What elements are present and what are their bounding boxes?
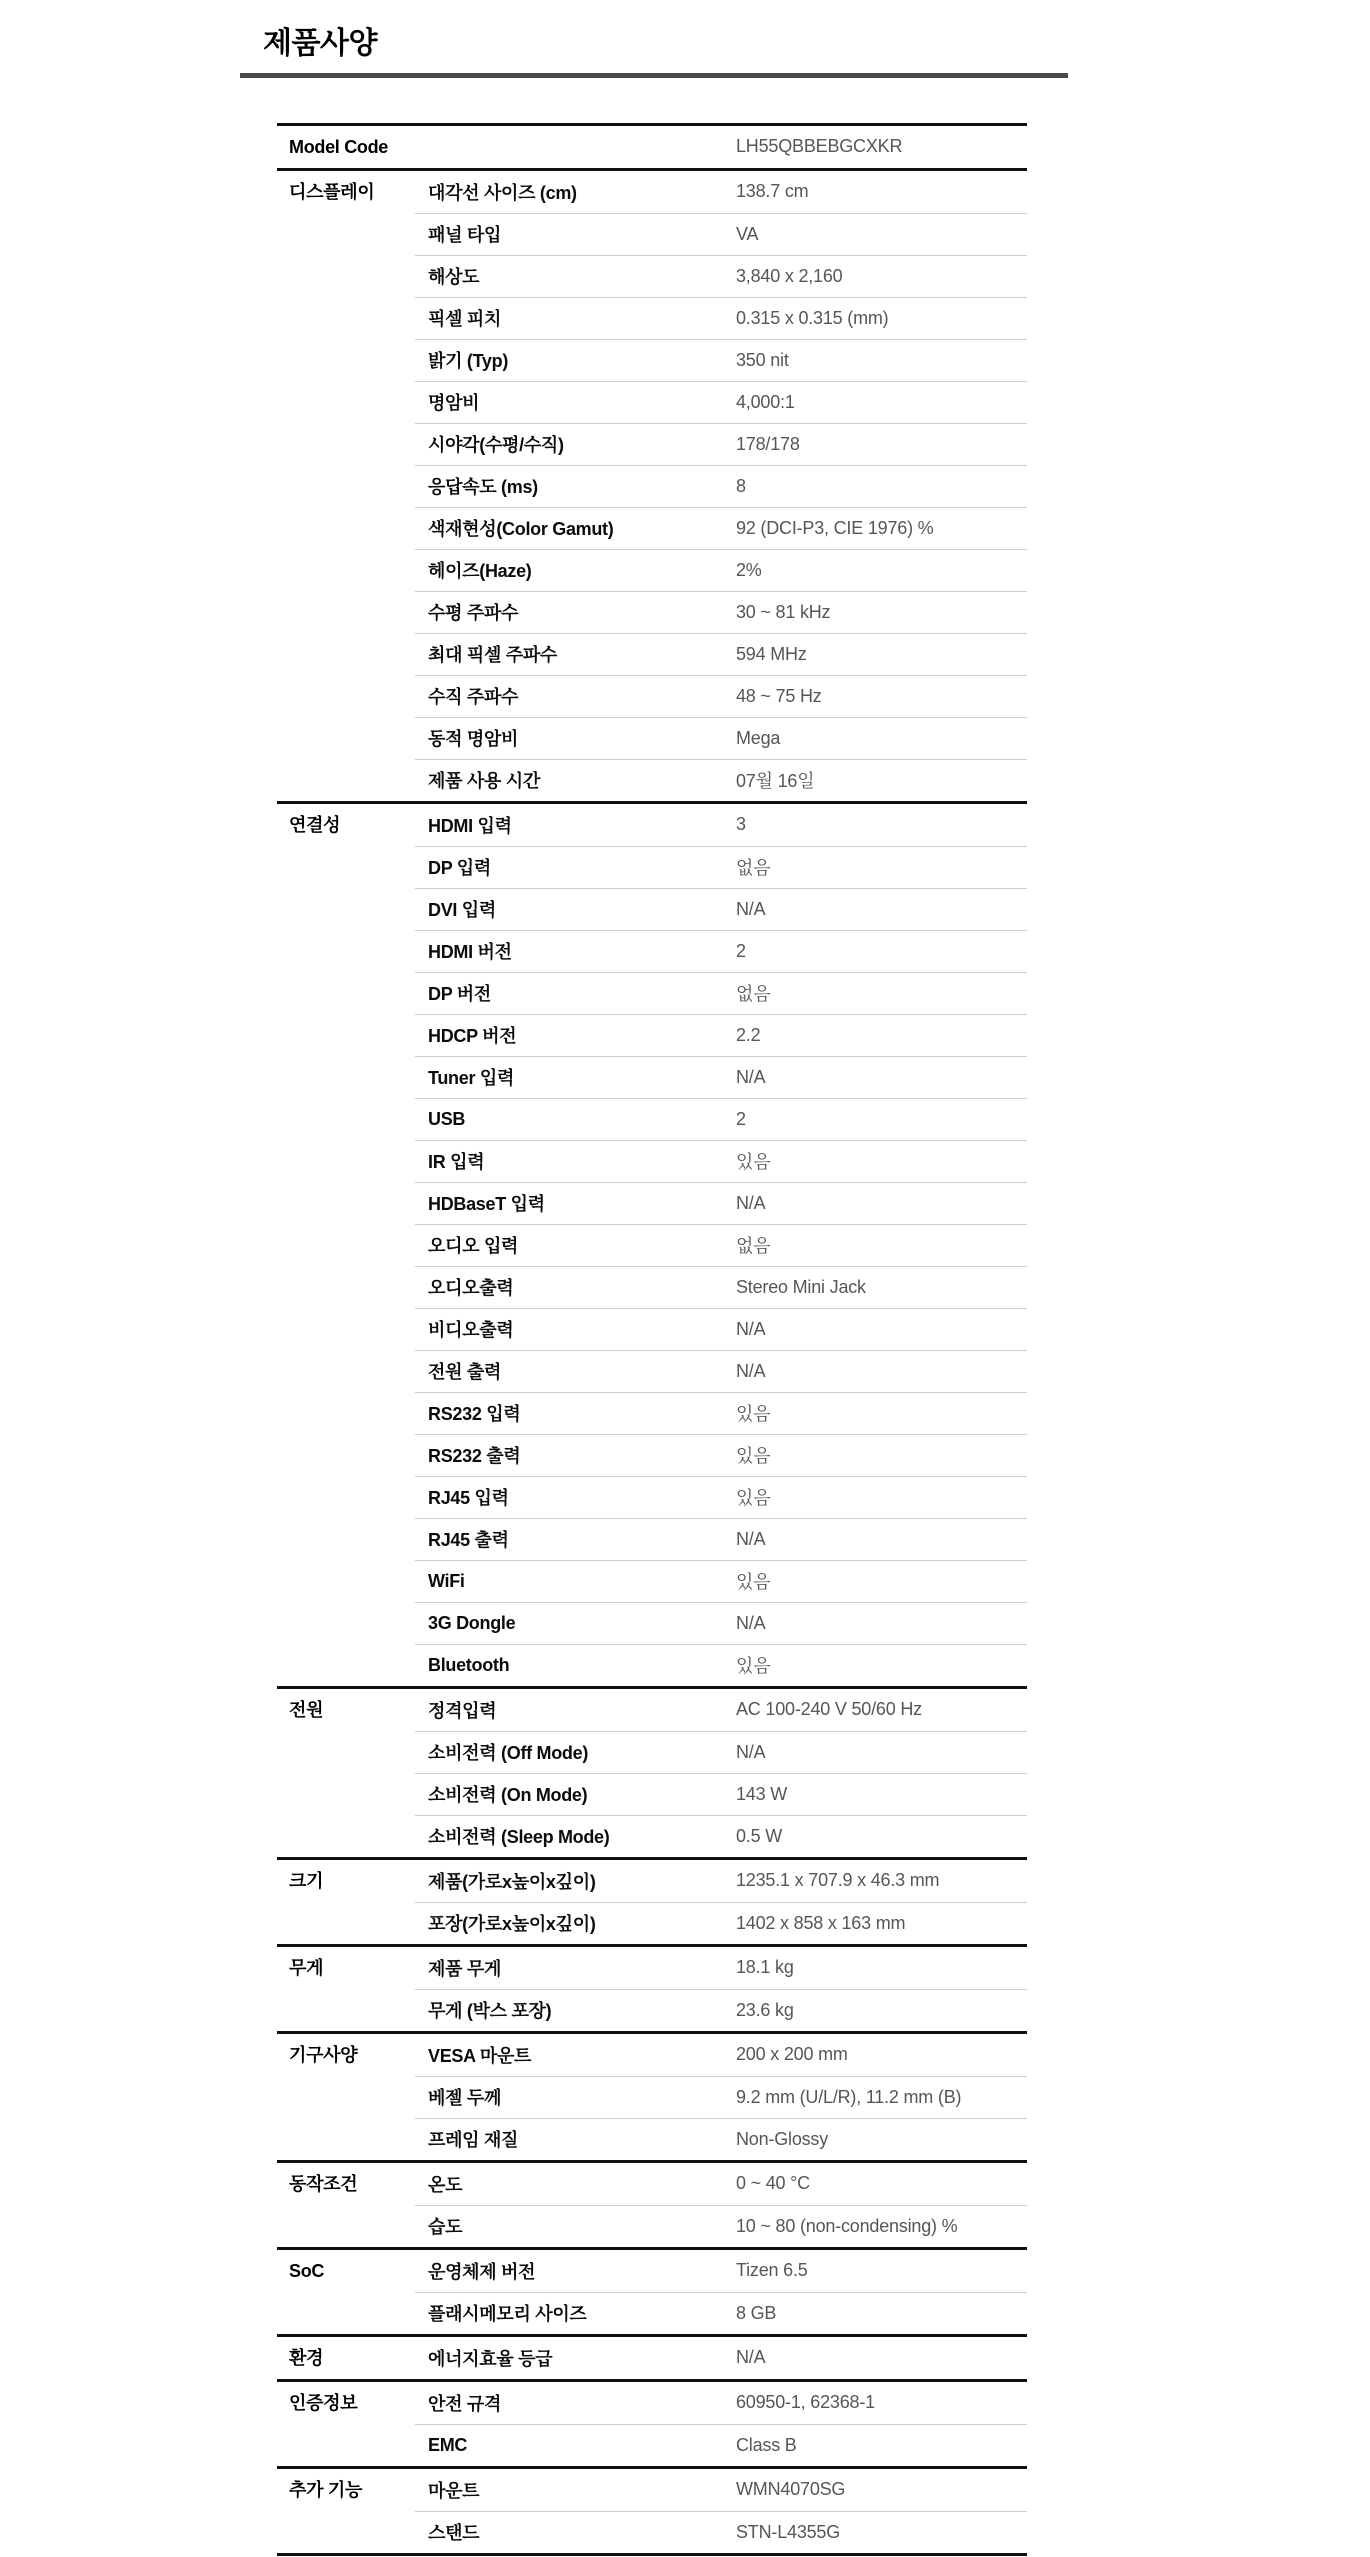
spec-value: 2 — [736, 1109, 1027, 1130]
spec-label: 색재현성(Color Gamut) — [415, 515, 736, 541]
spec-label: HDCP 버전 — [415, 1022, 736, 1048]
spec-row: 에너지효율 등급 N/A — [415, 2337, 1027, 2379]
spec-row: 소비전력 (Sleep Mode) 0.5 W — [415, 1815, 1027, 1857]
spec-value: 92 (DCI-P3, CIE 1976) % — [736, 518, 1027, 539]
section-group-column: Model Code — [277, 126, 415, 168]
spec-label: RS232 출력 — [415, 1442, 736, 1468]
spec-row: 색재현성(Color Gamut) 92 (DCI-P3, CIE 1976) … — [415, 507, 1027, 549]
spec-label: 3G Dongle — [415, 1613, 736, 1634]
spec-label: 포장(가로x높이x깊이) — [415, 1910, 736, 1936]
spec-label: Tuner 입력 — [415, 1064, 736, 1090]
spec-value: N/A — [736, 1742, 1027, 1763]
spec-label: 에너지효율 등급 — [415, 2345, 736, 2371]
section-group-column: 기구사양 — [277, 2034, 415, 2160]
spec-row: 패널 타입 VA — [415, 213, 1027, 255]
spec-value: 1235.1 x 707.9 x 46.3 mm — [736, 1870, 1027, 1891]
spec-value: 18.1 kg — [736, 1957, 1027, 1978]
spec-row: DVI 입력 N/A — [415, 888, 1027, 930]
spec-label: 응답속도 (ms) — [415, 473, 736, 499]
spec-row: 안전 규격 60950-1, 62368-1 — [415, 2382, 1027, 2424]
spec-row: 소비전력 (On Mode) 143 W — [415, 1773, 1027, 1815]
spec-value: 있음 — [736, 1442, 1027, 1468]
spec-label: 제품 사용 시간 — [415, 767, 736, 793]
spec-value: 10 ~ 80 (non-condensing) % — [736, 2216, 1027, 2237]
spec-value: 23.6 kg — [736, 2000, 1027, 2021]
section-group-column: 무게 — [277, 1947, 415, 2031]
spec-row: 무게 (박스 포장) 23.6 kg — [415, 1989, 1027, 2031]
spec-value: N/A — [736, 1361, 1027, 1382]
spec-value: 48 ~ 75 Hz — [736, 686, 1027, 707]
section-group-column: 환경 — [277, 2337, 415, 2379]
spec-row: 대각선 사이즈 (cm) 138.7 cm — [415, 171, 1027, 213]
spec-section: 연결성 HDMI 입력 3 DP 입력 없음 DVI 입력 N/A HDMI 버… — [277, 804, 1027, 1689]
spec-label: 프레임 재질 — [415, 2126, 736, 2152]
spec-value: 143 W — [736, 1784, 1027, 1805]
spec-label: 무게 (박스 포장) — [415, 1997, 736, 2023]
spec-row: 플래시메모리 사이즈 8 GB — [415, 2292, 1027, 2334]
spec-value: 0.315 x 0.315 (mm) — [736, 308, 1027, 329]
spec-label: 수직 주파수 — [415, 683, 736, 709]
spec-label: USB — [415, 1109, 736, 1130]
spec-row: DP 버전 없음 — [415, 972, 1027, 1014]
spec-value: 3 — [736, 814, 1027, 835]
spec-row: 응답속도 (ms) 8 — [415, 465, 1027, 507]
spec-row: 전원 출력 N/A — [415, 1350, 1027, 1392]
spec-value: VA — [736, 224, 1027, 245]
spec-section: 크기 제품(가로x높이x깊이) 1235.1 x 707.9 x 46.3 mm… — [277, 1860, 1027, 1947]
spec-row: 동적 명암비 Mega — [415, 717, 1027, 759]
spec-value: Mega — [736, 728, 1027, 749]
spec-value: 4,000:1 — [736, 392, 1027, 413]
spec-value: Stereo Mini Jack — [736, 1277, 1027, 1298]
section-group-label: 무게 — [289, 1947, 415, 1989]
spec-section: 인증정보 안전 규격 60950-1, 62368-1 EMC Class B — [277, 2382, 1027, 2469]
spec-value: N/A — [736, 1193, 1027, 1214]
spec-value: 8 GB — [736, 2303, 1027, 2324]
spec-label: RS232 입력 — [415, 1400, 736, 1426]
spec-label: 시야각(수평/수직) — [415, 431, 736, 457]
spec-row: 온도 0 ~ 40 °C — [415, 2163, 1027, 2205]
spec-row: 수평 주파수 30 ~ 81 kHz — [415, 591, 1027, 633]
section-group-label: 추가 기능 — [289, 2469, 415, 2511]
section-group-column: 연결성 — [277, 804, 415, 1686]
spec-value: 있음 — [736, 1148, 1027, 1174]
section-rows: VESA 마운트 200 x 200 mm 베젤 두께 9.2 mm (U/L/… — [415, 2034, 1027, 2160]
spec-label: 안전 규격 — [415, 2390, 736, 2416]
spec-label: VESA 마운트 — [415, 2042, 736, 2068]
spec-value: STN-L4355G — [736, 2522, 1027, 2543]
spec-row: 제품 사용 시간 07월 16일 — [415, 759, 1027, 801]
section-group-label: 연결성 — [289, 804, 415, 846]
spec-label: HDMI 입력 — [415, 812, 736, 838]
section-group-column: 디스플레이 — [277, 171, 415, 801]
spec-label: 소비전력 (Off Mode) — [415, 1739, 736, 1765]
spec-label: 정격입력 — [415, 1697, 736, 1723]
spec-value: 없음 — [736, 854, 1027, 880]
spec-row: 시야각(수평/수직) 178/178 — [415, 423, 1027, 465]
section-group-label: Model Code — [289, 126, 415, 168]
spec-label: 밝기 (Typ) — [415, 347, 736, 373]
spec-label: 수평 주파수 — [415, 599, 736, 625]
spec-value: 8 — [736, 476, 1027, 497]
spec-row: 오디오 입력 없음 — [415, 1224, 1027, 1266]
spec-row: 소비전력 (Off Mode) N/A — [415, 1731, 1027, 1773]
spec-value: 1402 x 858 x 163 mm — [736, 1913, 1027, 1934]
spec-label: HDMI 버전 — [415, 938, 736, 964]
spec-row: Bluetooth 있음 — [415, 1644, 1027, 1686]
spec-section: 전원 정격입력 AC 100-240 V 50/60 Hz 소비전력 (Off … — [277, 1689, 1027, 1860]
spec-value: 없음 — [736, 1232, 1027, 1258]
spec-row: 명암비 4,000:1 — [415, 381, 1027, 423]
spec-section: 무게 제품 무게 18.1 kg 무게 (박스 포장) 23.6 kg — [277, 1947, 1027, 2034]
section-group-label: 전원 — [289, 1689, 415, 1731]
spec-label: 비디오출력 — [415, 1316, 736, 1342]
spec-value: 2 — [736, 941, 1027, 962]
spec-value: Tizen 6.5 — [736, 2260, 1027, 2281]
spec-label: 온도 — [415, 2171, 736, 2197]
spec-row: RJ45 출력 N/A — [415, 1518, 1027, 1560]
spec-value: 2% — [736, 560, 1027, 581]
spec-value: Non-Glossy — [736, 2129, 1027, 2150]
spec-row: 헤이즈(Haze) 2% — [415, 549, 1027, 591]
spec-row: VESA 마운트 200 x 200 mm — [415, 2034, 1027, 2076]
section-rows: 정격입력 AC 100-240 V 50/60 Hz 소비전력 (Off Mod… — [415, 1689, 1027, 1857]
spec-row: 3G Dongle N/A — [415, 1602, 1027, 1644]
spec-row: IR 입력 있음 — [415, 1140, 1027, 1182]
spec-row: HDMI 입력 3 — [415, 804, 1027, 846]
spec-label: 전원 출력 — [415, 1358, 736, 1384]
spec-label: 패널 타입 — [415, 221, 736, 247]
spec-value: 594 MHz — [736, 644, 1027, 665]
spec-label: DVI 입력 — [415, 896, 736, 922]
section-rows: LH55QBBEBGCXKR — [415, 126, 1027, 168]
spec-value: 3,840 x 2,160 — [736, 266, 1027, 287]
spec-label: DP 입력 — [415, 854, 736, 880]
spec-row: Tuner 입력 N/A — [415, 1056, 1027, 1098]
section-group-column: 인증정보 — [277, 2382, 415, 2466]
title-underline-rule — [240, 73, 1068, 78]
spec-value: N/A — [736, 1319, 1027, 1340]
spec-row: 오디오출력 Stereo Mini Jack — [415, 1266, 1027, 1308]
page-content: 제품사양 Model Code LH55QBBEBGCXKR 디스플레이 대각선… — [240, 0, 1068, 2556]
spec-section: 추가 기능 마운트 WMN4070SG 스탠드 STN-L4355G — [277, 2469, 1027, 2556]
section-rows: HDMI 입력 3 DP 입력 없음 DVI 입력 N/A HDMI 버전 2 … — [415, 804, 1027, 1686]
spec-row: 비디오출력 N/A — [415, 1308, 1027, 1350]
spec-label: 제품 무게 — [415, 1955, 736, 1981]
spec-value: 있음 — [736, 1652, 1027, 1678]
spec-value: 138.7 cm — [736, 181, 1027, 202]
spec-value: AC 100-240 V 50/60 Hz — [736, 1699, 1027, 1720]
spec-row: 제품(가로x높이x깊이) 1235.1 x 707.9 x 46.3 mm — [415, 1860, 1027, 1902]
section-group-label: SoC — [289, 2250, 415, 2292]
spec-value: 60950-1, 62368-1 — [736, 2392, 1027, 2413]
spec-label: 명암비 — [415, 389, 736, 415]
spec-label: 소비전력 (Sleep Mode) — [415, 1823, 736, 1849]
spec-label: RJ45 출력 — [415, 1526, 736, 1552]
spec-row: RS232 출력 있음 — [415, 1434, 1027, 1476]
spec-value: 07월 16일 — [736, 767, 1027, 793]
spec-label: 소비전력 (On Mode) — [415, 1781, 736, 1807]
section-group-label: 기구사양 — [289, 2034, 415, 2076]
spec-value: 0.5 W — [736, 1826, 1027, 1847]
spec-label: 대각선 사이즈 (cm) — [415, 179, 736, 205]
section-group-column: 동작조건 — [277, 2163, 415, 2247]
spec-value: 0 ~ 40 °C — [736, 2173, 1027, 2194]
spec-value: 200 x 200 mm — [736, 2044, 1027, 2065]
spec-section: SoC 운영체제 버전 Tizen 6.5 플래시메모리 사이즈 8 GB — [277, 2250, 1027, 2337]
section-rows: 제품 무게 18.1 kg 무게 (박스 포장) 23.6 kg — [415, 1947, 1027, 2031]
spec-section: Model Code LH55QBBEBGCXKR — [277, 126, 1027, 171]
spec-row: RJ45 입력 있음 — [415, 1476, 1027, 1518]
spec-value: 30 ~ 81 kHz — [736, 602, 1027, 623]
spec-row: 픽셀 피치 0.315 x 0.315 (mm) — [415, 297, 1027, 339]
spec-label: 플래시메모리 사이즈 — [415, 2300, 736, 2326]
section-group-column: 추가 기능 — [277, 2469, 415, 2553]
spec-label: 운영체제 버전 — [415, 2258, 736, 2284]
section-rows: 온도 0 ~ 40 °C 습도 10 ~ 80 (non-condensing)… — [415, 2163, 1027, 2247]
section-group-label: 인증정보 — [289, 2382, 415, 2424]
spec-label: 마운트 — [415, 2477, 736, 2503]
section-group-label: 디스플레이 — [289, 171, 415, 213]
spec-label: DP 버전 — [415, 980, 736, 1006]
spec-row: DP 입력 없음 — [415, 846, 1027, 888]
section-group-label: 크기 — [289, 1860, 415, 1902]
spec-label: 최대 픽셀 주파수 — [415, 641, 736, 667]
spec-row: RS232 입력 있음 — [415, 1392, 1027, 1434]
spec-section: 환경 에너지효율 등급 N/A — [277, 2337, 1027, 2382]
spec-row: LH55QBBEBGCXKR — [415, 126, 1027, 168]
spec-value: N/A — [736, 1529, 1027, 1550]
spec-label: RJ45 입력 — [415, 1484, 736, 1510]
spec-section: 기구사양 VESA 마운트 200 x 200 mm 베젤 두께 9.2 mm … — [277, 2034, 1027, 2163]
spec-row: 포장(가로x높이x깊이) 1402 x 858 x 163 mm — [415, 1902, 1027, 1944]
spec-row: EMC Class B — [415, 2424, 1027, 2466]
page-title: 제품사양 — [263, 28, 1068, 60]
spec-label: 습도 — [415, 2213, 736, 2239]
spec-label: 스탠드 — [415, 2519, 736, 2545]
section-group-column: 크기 — [277, 1860, 415, 1944]
spec-row: USB 2 — [415, 1098, 1027, 1140]
spec-value: 9.2 mm (U/L/R), 11.2 mm (B) — [736, 2087, 1027, 2108]
section-rows: 제품(가로x높이x깊이) 1235.1 x 707.9 x 46.3 mm 포장… — [415, 1860, 1027, 1944]
spec-label: IR 입력 — [415, 1148, 736, 1174]
spec-value: N/A — [736, 1613, 1027, 1634]
section-rows: 운영체제 버전 Tizen 6.5 플래시메모리 사이즈 8 GB — [415, 2250, 1027, 2334]
spec-section: 디스플레이 대각선 사이즈 (cm) 138.7 cm 패널 타입 VA 해상도… — [277, 171, 1027, 804]
spec-label: 오디오 입력 — [415, 1232, 736, 1258]
spec-row: 프레임 재질 Non-Glossy — [415, 2118, 1027, 2160]
spec-value: 350 nit — [736, 350, 1027, 371]
spec-label: HDBaseT 입력 — [415, 1190, 736, 1216]
section-rows: 안전 규격 60950-1, 62368-1 EMC Class B — [415, 2382, 1027, 2466]
spec-value: 2.2 — [736, 1025, 1027, 1046]
spec-value: N/A — [736, 1067, 1027, 1088]
spec-row: 마운트 WMN4070SG — [415, 2469, 1027, 2511]
section-rows: 에너지효율 등급 N/A — [415, 2337, 1027, 2379]
section-group-label: 동작조건 — [289, 2163, 415, 2205]
spec-label: 베젤 두께 — [415, 2084, 736, 2110]
spec-row: 정격입력 AC 100-240 V 50/60 Hz — [415, 1689, 1027, 1731]
section-group-column: 전원 — [277, 1689, 415, 1857]
spec-label: 제품(가로x높이x깊이) — [415, 1868, 736, 1894]
spec-row: 습도 10 ~ 80 (non-condensing) % — [415, 2205, 1027, 2247]
spec-row: 수직 주파수 48 ~ 75 Hz — [415, 675, 1027, 717]
spec-label: 픽셀 피치 — [415, 305, 736, 331]
spec-row: WiFi 있음 — [415, 1560, 1027, 1602]
spec-label: 동적 명암비 — [415, 725, 736, 751]
spec-label: Bluetooth — [415, 1655, 736, 1676]
spec-row: 밝기 (Typ) 350 nit — [415, 339, 1027, 381]
spec-value: 있음 — [736, 1568, 1027, 1594]
spec-label: 헤이즈(Haze) — [415, 557, 736, 583]
spec-row: HDBaseT 입력 N/A — [415, 1182, 1027, 1224]
spec-row: 제품 무게 18.1 kg — [415, 1947, 1027, 1989]
spec-value: N/A — [736, 2347, 1027, 2368]
section-group-column: SoC — [277, 2250, 415, 2334]
section-rows: 대각선 사이즈 (cm) 138.7 cm 패널 타입 VA 해상도 3,840… — [415, 171, 1027, 801]
spec-value: 없음 — [736, 980, 1027, 1006]
spec-row: HDCP 버전 2.2 — [415, 1014, 1027, 1056]
spec-section: 동작조건 온도 0 ~ 40 °C 습도 10 ~ 80 (non-conden… — [277, 2163, 1027, 2250]
spec-row: 해상도 3,840 x 2,160 — [415, 255, 1027, 297]
spec-label: 오디오출력 — [415, 1274, 736, 1300]
spec-row: 스탠드 STN-L4355G — [415, 2511, 1027, 2553]
spec-table: Model Code LH55QBBEBGCXKR 디스플레이 대각선 사이즈 … — [277, 123, 1027, 2556]
spec-value: 있음 — [736, 1484, 1027, 1510]
spec-row: 베젤 두께 9.2 mm (U/L/R), 11.2 mm (B) — [415, 2076, 1027, 2118]
spec-row: 운영체제 버전 Tizen 6.5 — [415, 2250, 1027, 2292]
spec-value: Class B — [736, 2435, 1027, 2456]
section-rows: 마운트 WMN4070SG 스탠드 STN-L4355G — [415, 2469, 1027, 2553]
spec-label: EMC — [415, 2435, 736, 2456]
spec-value: 있음 — [736, 1400, 1027, 1426]
spec-row: HDMI 버전 2 — [415, 930, 1027, 972]
spec-value: WMN4070SG — [736, 2479, 1027, 2500]
spec-label: WiFi — [415, 1571, 736, 1592]
spec-value: N/A — [736, 899, 1027, 920]
spec-label: 해상도 — [415, 263, 736, 289]
section-group-label: 환경 — [289, 2337, 415, 2379]
spec-row: 최대 픽셀 주파수 594 MHz — [415, 633, 1027, 675]
spec-value: LH55QBBEBGCXKR — [736, 136, 1027, 157]
spec-value: 178/178 — [736, 434, 1027, 455]
